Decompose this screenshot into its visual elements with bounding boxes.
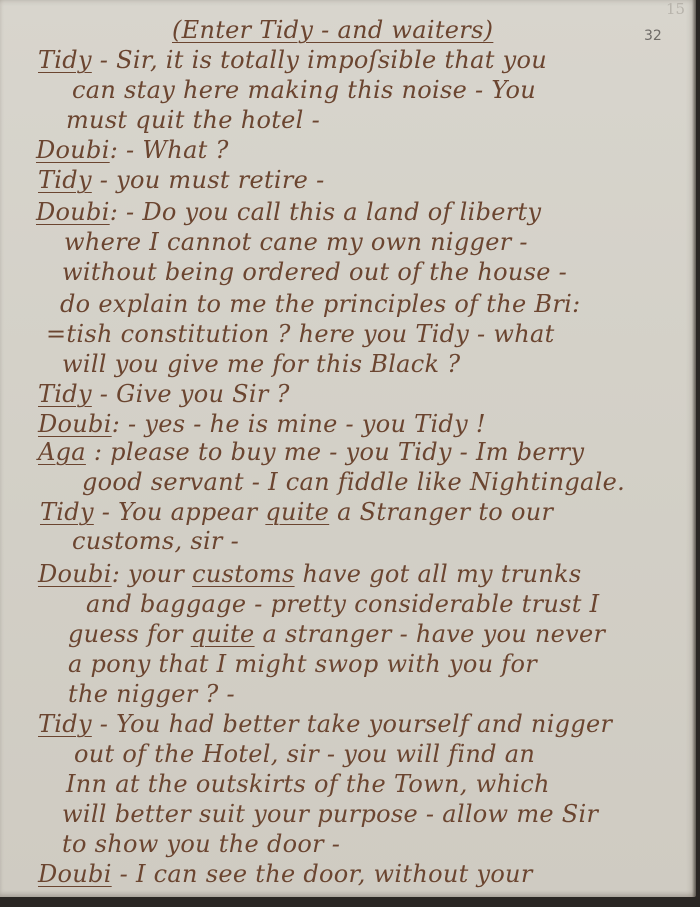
speaker-name: Tidy (38, 46, 92, 74)
line-text: You appear (118, 498, 265, 526)
line-text: out of the Hotel, sir - you will find an (74, 740, 535, 768)
dialogue-line-tidy: Tidy - you must retire - (38, 166, 325, 194)
speaker-separator: : (112, 560, 128, 588)
dialogue-continuation: will better suit your purpose - allow me… (62, 800, 598, 828)
line-text: a Stranger to our (329, 498, 553, 526)
dialogue-line-tidy: Tidy - You appear quite a Stranger to ou… (40, 498, 553, 526)
line-text: Inn at the outskirts of the Town, which (66, 770, 550, 798)
speaker-name: Tidy (38, 166, 92, 194)
folio-number: 32 (644, 28, 662, 44)
dialogue-continuation: can stay here making this noise - You (72, 76, 536, 104)
dialogue-continuation: where I cannot cane my own nigger - (64, 228, 528, 256)
dialogue-continuation: a pony that I might swop with you for (68, 650, 537, 678)
speaker-separator: : - (110, 136, 143, 164)
speaker-separator: - (92, 710, 116, 738)
line-text: the nigger ? - (68, 680, 235, 708)
dialogue-line-doubi: Doubi: your customs have got all my trun… (38, 560, 581, 588)
line-text: a pony that I might swop with you for (68, 650, 537, 678)
line-text: please to buy me - you Tidy - Im berry (110, 438, 584, 466)
speaker-name: Doubi (38, 410, 112, 438)
line-text: guess for (68, 620, 191, 648)
dialogue-continuation: without being ordered out of the house - (62, 258, 567, 286)
speaker-name: Doubi (38, 560, 112, 588)
line-text: without being ordered out of the house - (62, 258, 567, 286)
speaker-name: Doubi (38, 860, 112, 888)
stage-direction: (Enter Tidy - and waiters) (172, 16, 493, 44)
speaker-separator: - (92, 380, 116, 408)
speaker-separator: - (92, 46, 116, 74)
line-text: You had better take yourself and nigger (116, 710, 612, 738)
dialogue-continuation: customs, sir - (72, 527, 239, 555)
line-text: and baggage - pretty considerable trust … (86, 590, 599, 618)
speaker-separator: : (86, 438, 110, 466)
line-text: =tish constitution ? here you Tidy - wha… (46, 320, 555, 348)
line-text: a stranger - have you never (255, 620, 606, 648)
emphasized-word: customs (192, 560, 294, 588)
emphasized-word: quite (265, 498, 329, 526)
line-text: Sir, it is totally impoſsible that you (116, 46, 547, 74)
dialogue-line-doubi: Doubi: - yes - he is mine - you Tidy ! (38, 410, 486, 438)
speaker-name: Tidy (40, 498, 94, 526)
speaker-name: Aga (38, 438, 86, 466)
faint-folio-number: 15 (666, 0, 685, 18)
speaker-separator: : - (112, 410, 145, 438)
line-text: your (128, 560, 192, 588)
line-text: must quit the hotel - (66, 106, 320, 134)
speaker-separator: - (94, 498, 118, 526)
line-text: yes - he is mine - you Tidy ! (144, 410, 486, 438)
speaker-name: Tidy (38, 380, 92, 408)
line-text: Give you Sir ? (116, 380, 290, 408)
line-text: will better suit your purpose - allow me… (62, 800, 598, 828)
dialogue-continuation: the nigger ? - (68, 680, 235, 708)
line-text: customs, sir - (72, 527, 239, 555)
line-text: where I cannot cane my own nigger - (64, 228, 528, 256)
dialogue-line-tidy: Tidy - Give you Sir ? (38, 380, 290, 408)
line-text: will you give me for this Black ? (62, 350, 460, 378)
dialogue-line-aga: Aga : please to buy me - you Tidy - Im b… (38, 438, 584, 466)
dialogue-continuation: =tish constitution ? here you Tidy - wha… (46, 320, 555, 348)
dialogue-line-tidy: Tidy - You had better take yourself and … (38, 710, 612, 738)
dialogue-continuation: Inn at the outskirts of the Town, which (66, 770, 550, 798)
dialogue-line-doubi: Doubi: - What ? (36, 136, 229, 164)
speaker-separator: - (112, 860, 136, 888)
line-text: can stay here making this noise - You (72, 76, 536, 104)
speaker-name: Doubi (36, 136, 110, 164)
line-text: to show you the door - (62, 830, 340, 858)
line-text: good servant - I can fiddle like Nightin… (82, 468, 625, 496)
speaker-separator: - (92, 166, 116, 194)
dialogue-line-tidy: Tidy - Sir, it is totally impoſsible tha… (38, 46, 547, 74)
dialogue-continuation: will you give me for this Black ? (62, 350, 460, 378)
dialogue-continuation: must quit the hotel - (66, 106, 320, 134)
dialogue-continuation: good servant - I can fiddle like Nightin… (82, 468, 625, 496)
line-text: What ? (142, 136, 228, 164)
dialogue-continuation: out of the Hotel, sir - you will find an (74, 740, 535, 768)
manuscript-page: 15 32 (Enter Tidy - and waiters) Tidy - … (0, 0, 696, 897)
line-text: I can see the door, without your (136, 860, 533, 888)
dialogue-line-doubi: Doubi - I can see the door, without your (38, 860, 533, 888)
dialogue-continuation: and baggage - pretty considerable trust … (86, 590, 599, 618)
line-text: have got all my trunks (295, 560, 582, 588)
dialogue-continuation: to show you the door - (62, 830, 340, 858)
dialogue-continuation: guess for quite a stranger - have you ne… (68, 620, 605, 648)
speaker-separator: : - (110, 198, 143, 226)
line-text: you must retire - (116, 166, 324, 194)
speaker-name: Doubi (36, 198, 110, 226)
dialogue-continuation: do explain to me the principles of the B… (60, 290, 580, 318)
line-text: Do you call this a land of liberty (142, 198, 541, 226)
speaker-name: Tidy (38, 710, 92, 738)
line-text: do explain to me the principles of the B… (60, 290, 580, 318)
emphasized-word: quite (191, 620, 255, 648)
dialogue-line-doubi: Doubi: - Do you call this a land of libe… (36, 198, 541, 226)
